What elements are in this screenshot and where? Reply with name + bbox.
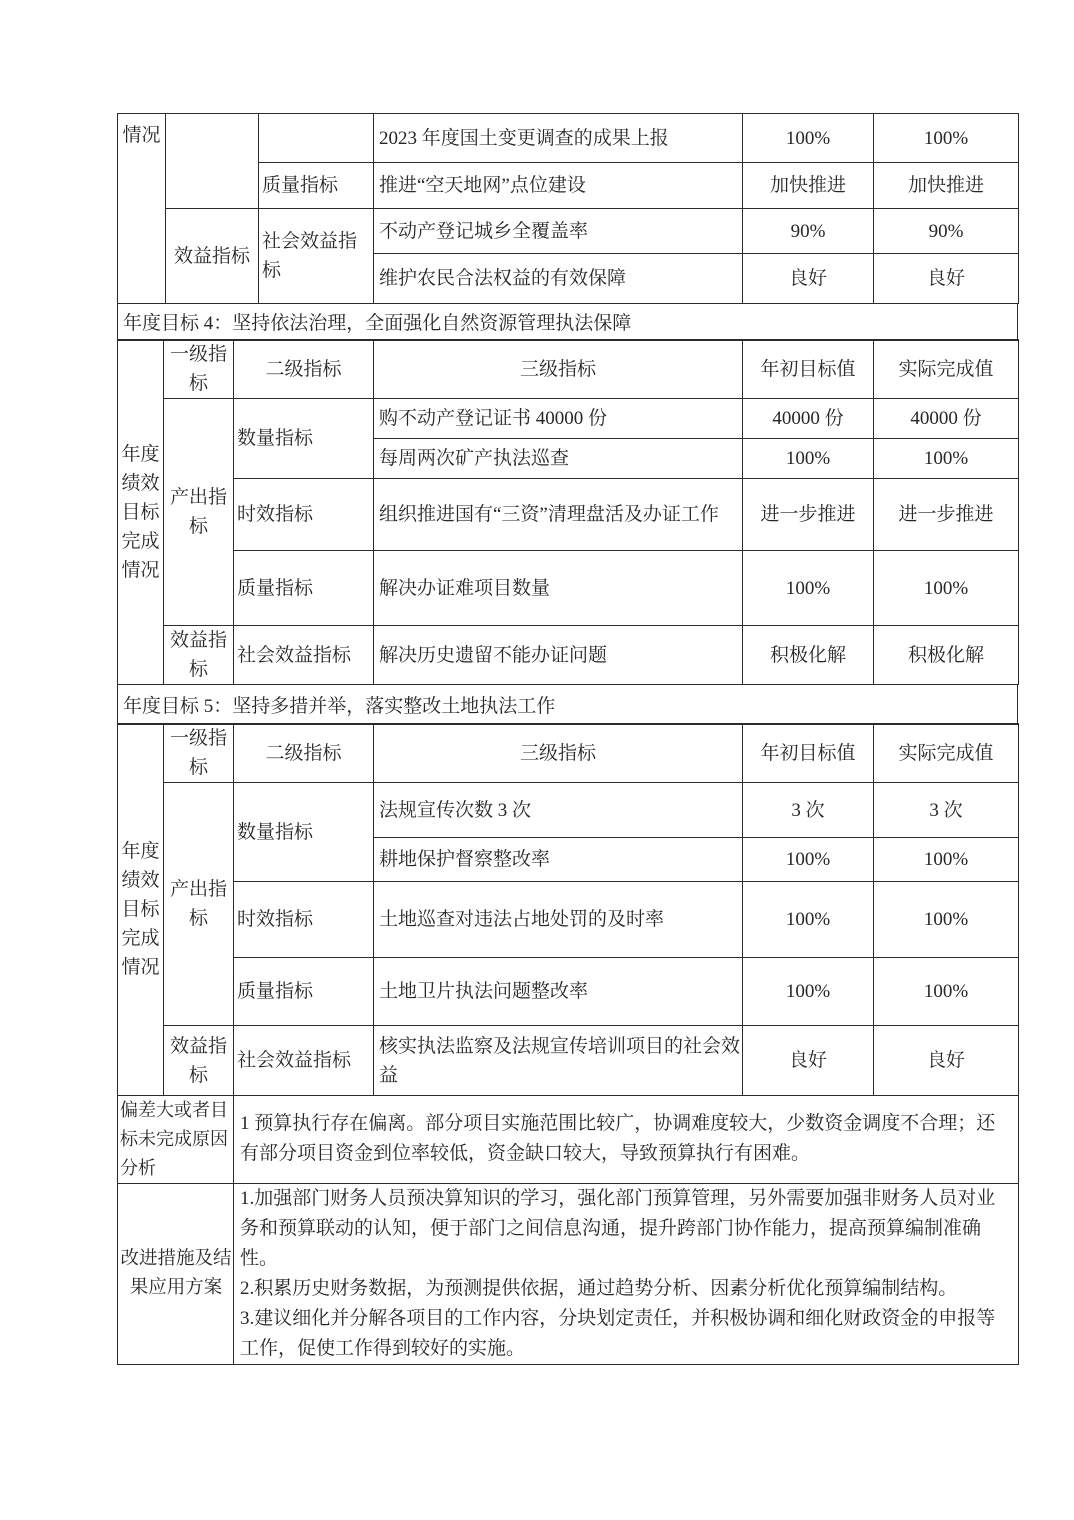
improvement-item: 2.积累历史财务数据，为预测提供依据，通过趋势分析、因素分析优化预算编制结构。 — [240, 1274, 1014, 1304]
level2-cell: 时效指标 — [234, 882, 374, 958]
level1-cell: 效益指标 — [166, 209, 259, 304]
level3-cell: 不动产登记城乡全覆盖率 — [374, 209, 743, 254]
actual-header: 实际完成值 — [874, 724, 1019, 783]
target-value-cell: 积极化解 — [743, 626, 874, 685]
level2-cell: 社会效益指标 — [259, 209, 374, 304]
target-header: 年初目标值 — [743, 724, 874, 783]
level1-continued-cell — [166, 114, 259, 209]
actual-value-cell: 40000 份 — [874, 399, 1019, 439]
annual-goal-4-band: 年度目标 4：坚持依法治理，全面强化自然资源管理执法保障 — [117, 303, 1018, 341]
target-value-cell: 加快推进 — [743, 163, 874, 209]
level3-cell: 维护农民合法权益的有效保障 — [374, 254, 743, 304]
target-value-cell: 40000 份 — [743, 399, 874, 439]
level3-cell: 推进“空天地网”点位建设 — [374, 163, 743, 209]
section-left-label: 年度绩效目标完成情况 — [118, 340, 164, 685]
level2-cell: 时效指标 — [234, 479, 374, 551]
target-value-cell: 100% — [743, 114, 874, 163]
actual-value-cell: 100% — [874, 838, 1019, 882]
deviation-analysis-label: 偏差大或者目标未完成原因分析 — [118, 1095, 234, 1183]
analysis-table: 偏差大或者目标未完成原因分析 1 预算执行存在偏离。部分项目实施范围比较广，协调… — [117, 1095, 1019, 1365]
section-left-label: 情况 — [118, 114, 166, 304]
actual-value-cell: 100% — [874, 439, 1019, 479]
actual-value-cell: 良好 — [874, 1026, 1019, 1096]
level1-cell: 效益指标 — [164, 626, 234, 685]
level1-cell: 产出指标 — [164, 399, 234, 626]
actual-value-cell: 3 次 — [874, 783, 1019, 838]
level3-cell: 土地巡查对违法占地处罚的及时率 — [374, 882, 743, 958]
goal4-indicator-table: 年度绩效目标完成情况 一级指标 二级指标 三级指标 年初目标值 实际完成值 产出… — [117, 339, 1019, 685]
actual-header: 实际完成值 — [874, 340, 1019, 399]
level2-continued-cell — [259, 114, 374, 163]
level3-cell: 土地卫片执法问题整改率 — [374, 958, 743, 1026]
level3-cell: 购不动产登记证书 40000 份 — [374, 399, 743, 439]
level2-header: 二级指标 — [234, 724, 374, 783]
level2-cell: 数量指标 — [234, 783, 374, 882]
level2-cell: 社会效益指标 — [234, 626, 374, 685]
improvement-plan-label: 改进措施及结果应用方案 — [118, 1183, 234, 1364]
section-left-label: 年度绩效目标完成情况 — [118, 724, 164, 1096]
actual-value-cell: 加快推进 — [874, 163, 1019, 209]
actual-value-cell: 100% — [874, 551, 1019, 626]
level3-cell: 每周两次矿产执法巡查 — [374, 439, 743, 479]
level1-cell: 效益指标 — [164, 1026, 234, 1096]
target-value-cell: 100% — [743, 439, 874, 479]
target-value-cell: 100% — [743, 551, 874, 626]
actual-value-cell: 进一步推进 — [874, 479, 1019, 551]
level3-cell: 2023 年度国土变更调查的成果上报 — [374, 114, 743, 163]
deviation-analysis-content: 1 预算执行存在偏离。部分项目实施范围比较广，协调难度较大，少数资金调度不合理；… — [234, 1095, 1019, 1183]
target-value-cell: 90% — [743, 209, 874, 254]
actual-value-cell: 90% — [874, 209, 1019, 254]
target-value-cell: 良好 — [743, 1026, 874, 1096]
performance-table-continued: 情况 2023 年度国土变更调查的成果上报 100% 100% 质量指标 推进“… — [117, 113, 1019, 304]
target-value-cell: 100% — [743, 838, 874, 882]
target-value-cell: 良好 — [743, 254, 874, 304]
actual-value-cell: 100% — [874, 882, 1019, 958]
level2-cell: 质量指标 — [234, 958, 374, 1026]
level3-cell: 组织推进国有“三资”清理盘活及办证工作 — [374, 479, 743, 551]
level3-cell: 耕地保护督察整改率 — [374, 838, 743, 882]
actual-value-cell: 良好 — [874, 254, 1019, 304]
level2-cell: 社会效益指标 — [234, 1026, 374, 1096]
level1-cell: 产出指标 — [164, 783, 234, 1026]
level3-cell: 法规宣传次数 3 次 — [374, 783, 743, 838]
actual-value-cell: 100% — [874, 114, 1019, 163]
level3-cell: 解决历史遗留不能办证问题 — [374, 626, 743, 685]
target-value-cell: 进一步推进 — [743, 479, 874, 551]
level1-header: 一级指标 — [164, 724, 234, 783]
target-value-cell: 100% — [743, 958, 874, 1026]
goal5-indicator-table: 年度绩效目标完成情况 一级指标 二级指标 三级指标 年初目标值 实际完成值 产出… — [117, 723, 1019, 1096]
level3-cell: 解决办证难项目数量 — [374, 551, 743, 626]
level2-cell: 质量指标 — [259, 163, 374, 209]
level3-header: 三级指标 — [374, 340, 743, 399]
annual-goal-5-band: 年度目标 5：坚持多措并举，落实整改土地执法工作 — [117, 684, 1018, 725]
level1-header: 一级指标 — [164, 340, 234, 399]
improvement-plan-content: 1.加强部门财务人员预决算知识的学习，强化部门预算管理，另外需要加强非财务人员对… — [234, 1183, 1019, 1364]
target-value-cell: 3 次 — [743, 783, 874, 838]
document-page: 情况 2023 年度国土变更调查的成果上报 100% 100% 质量指标 推进“… — [0, 0, 1074, 1520]
level2-cell: 质量指标 — [234, 551, 374, 626]
level2-header: 二级指标 — [234, 340, 374, 399]
level2-cell: 数量指标 — [234, 399, 374, 479]
performance-report-body: 情况 2023 年度国土变更调查的成果上报 100% 100% 质量指标 推进“… — [117, 113, 1018, 1365]
actual-value-cell: 积极化解 — [874, 626, 1019, 685]
level3-cell: 核实执法监察及法规宣传培训项目的社会效益 — [374, 1026, 743, 1096]
actual-value-cell: 100% — [874, 958, 1019, 1026]
improvement-item: 1.加强部门财务人员预决算知识的学习，强化部门预算管理，另外需要加强非财务人员对… — [240, 1184, 1014, 1274]
level3-header: 三级指标 — [374, 724, 743, 783]
target-header: 年初目标值 — [743, 340, 874, 399]
improvement-item: 3.建议细化并分解各项目的工作内容，分块划定责任，并积极协调和细化财政资金的申报… — [240, 1304, 1014, 1364]
target-value-cell: 100% — [743, 882, 874, 958]
